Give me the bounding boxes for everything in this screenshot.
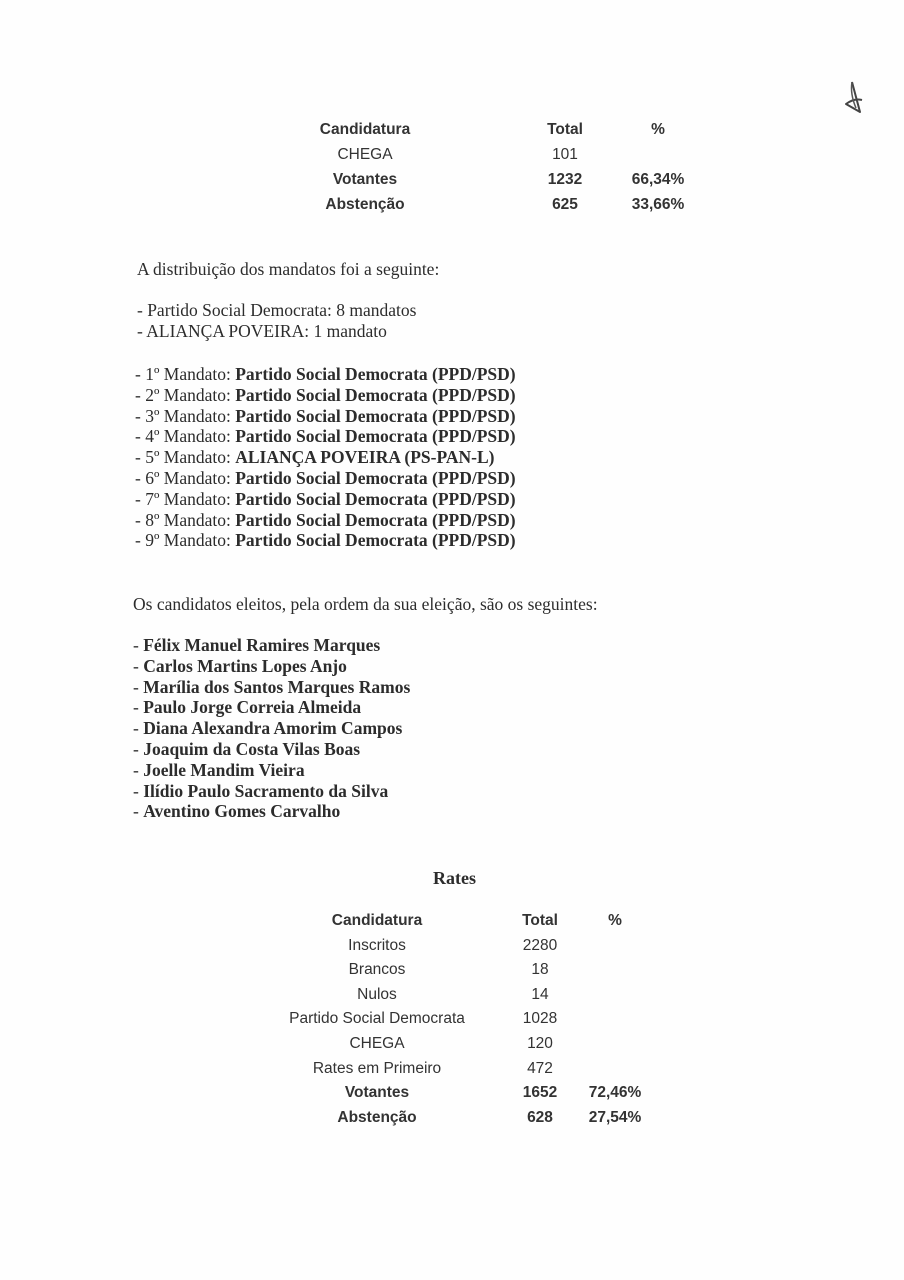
rates-section-title: Rates xyxy=(433,868,476,889)
mandate-item: - 1º Mandato: Partido Social Democrata (… xyxy=(135,364,516,385)
mandate-number: - 8º Mandato: xyxy=(135,510,235,530)
mandate-number: - 4º Mandato: xyxy=(135,426,235,446)
list-dash: - xyxy=(133,677,143,697)
cell-total: 101 xyxy=(525,143,605,167)
cell-percent: 66,34% xyxy=(618,168,698,192)
mandate-item: - 5º Mandato: ALIANÇA POVEIRA (PS-PAN-L) xyxy=(135,447,494,468)
cell-label: Votantes xyxy=(260,168,470,192)
candidate-name: Diana Alexandra Amorim Campos xyxy=(143,718,402,738)
table-row: CHEGA101 xyxy=(260,143,720,167)
elected-candidate: - Paulo Jorge Correia Almeida xyxy=(133,697,361,718)
table-row: Inscritos2280 xyxy=(272,934,692,958)
cell-label: Rates em Primeiro xyxy=(272,1057,482,1081)
cell-total: 2280 xyxy=(500,934,580,958)
mandate-item: - 6º Mandato: Partido Social Democrata (… xyxy=(135,468,516,489)
mandate-item: - 2º Mandato: Partido Social Democrata (… xyxy=(135,385,516,406)
cell-label: Abstenção xyxy=(260,193,470,217)
mandate-summary-item: - Partido Social Democrata: 8 mandatos xyxy=(137,300,416,321)
handwritten-initials-icon xyxy=(838,78,878,118)
elected-candidate: - Félix Manuel Ramires Marques xyxy=(133,635,380,656)
list-dash: - xyxy=(133,801,143,821)
mandate-number: - 9º Mandato: xyxy=(135,530,235,550)
table-row: Nulos14 xyxy=(272,983,692,1007)
elected-intro: Os candidatos eleitos, pela ordem da sua… xyxy=(133,594,598,615)
cell-total: 625 xyxy=(525,193,605,217)
column-header-percent: % xyxy=(575,909,655,933)
elected-candidate: - Joelle Mandim Vieira xyxy=(133,760,305,781)
candidate-name: Carlos Martins Lopes Anjo xyxy=(143,656,347,676)
cell-label: CHEGA xyxy=(272,1032,482,1056)
cell-total: 18 xyxy=(500,958,580,982)
cell-label: Abstenção xyxy=(272,1106,482,1130)
list-dash: - xyxy=(133,656,143,676)
mandate-party: Partido Social Democrata (PPD/PSD) xyxy=(235,426,515,446)
table-row: CHEGA120 xyxy=(272,1032,692,1056)
elected-candidate: - Diana Alexandra Amorim Campos xyxy=(133,718,402,739)
mandate-item: - 8º Mandato: Partido Social Democrata (… xyxy=(135,510,516,531)
table-row: Votantes165272,46% xyxy=(272,1081,692,1105)
list-dash: - xyxy=(133,781,143,801)
mandate-number: - 3º Mandato: xyxy=(135,406,235,426)
mandate-item: - 9º Mandato: Partido Social Democrata (… xyxy=(135,530,516,551)
candidate-name: Marília dos Santos Marques Ramos xyxy=(143,677,410,697)
cell-total: 628 xyxy=(500,1106,580,1130)
cell-label: Brancos xyxy=(272,958,482,982)
list-dash: - xyxy=(133,739,143,759)
cell-total: 1028 xyxy=(500,1007,580,1031)
cell-total: 472 xyxy=(500,1057,580,1081)
column-header-total: Total xyxy=(525,118,605,142)
mandate-party: Partido Social Democrata (PPD/PSD) xyxy=(235,530,515,550)
cell-label: Inscritos xyxy=(272,934,482,958)
list-dash: - xyxy=(133,760,143,780)
candidate-name: Paulo Jorge Correia Almeida xyxy=(143,697,361,717)
mandate-summary-item: - ALIANÇA POVEIRA: 1 mandato xyxy=(137,321,387,342)
elected-candidate: - Carlos Martins Lopes Anjo xyxy=(133,656,347,677)
table-row: Brancos18 xyxy=(272,958,692,982)
mandate-party: Partido Social Democrata (PPD/PSD) xyxy=(235,468,515,488)
cell-label: CHEGA xyxy=(260,143,470,167)
mandate-party: Partido Social Democrata (PPD/PSD) xyxy=(235,385,515,405)
cell-total: 14 xyxy=(500,983,580,1007)
table-row: Partido Social Democrata1028 xyxy=(272,1007,692,1031)
candidate-name: Ilídio Paulo Sacramento da Silva xyxy=(143,781,388,801)
mandate-number: - 5º Mandato: xyxy=(135,447,235,467)
elected-candidate: - Aventino Gomes Carvalho xyxy=(133,801,340,822)
elected-candidate: - Marília dos Santos Marques Ramos xyxy=(133,677,410,698)
mandate-item: - 4º Mandato: Partido Social Democrata (… xyxy=(135,426,516,447)
mandate-number: - 2º Mandato: xyxy=(135,385,235,405)
column-header-candidatura: Candidatura xyxy=(260,118,470,142)
table-row: Abstenção62827,54% xyxy=(272,1106,692,1130)
mandate-number: - 6º Mandato: xyxy=(135,468,235,488)
mandate-party: Partido Social Democrata (PPD/PSD) xyxy=(235,489,515,509)
mandate-party: Partido Social Democrata (PPD/PSD) xyxy=(235,406,515,426)
cell-percent: 27,54% xyxy=(575,1106,655,1130)
elected-candidate: - Ilídio Paulo Sacramento da Silva xyxy=(133,781,388,802)
distribution-intro: A distribuição dos mandatos foi a seguin… xyxy=(137,259,439,280)
table-row: Votantes123266,34% xyxy=(260,168,720,192)
mandate-party: ALIANÇA POVEIRA (PS-PAN-L) xyxy=(235,447,494,467)
cell-label: Votantes xyxy=(272,1081,482,1105)
elected-candidate: - Joaquim da Costa Vilas Boas xyxy=(133,739,360,760)
column-header-total: Total xyxy=(500,909,580,933)
cell-total: 1232 xyxy=(525,168,605,192)
column-header-percent: % xyxy=(618,118,698,142)
list-dash: - xyxy=(133,635,143,655)
cell-label: Nulos xyxy=(272,983,482,1007)
cell-percent: 72,46% xyxy=(575,1081,655,1105)
cell-percent: 33,66% xyxy=(618,193,698,217)
table-row: Abstenção62533,66% xyxy=(260,193,720,217)
list-dash: - xyxy=(133,697,143,717)
mandate-number: - 7º Mandato: xyxy=(135,489,235,509)
cell-total: 120 xyxy=(500,1032,580,1056)
table-row: Rates em Primeiro472 xyxy=(272,1057,692,1081)
candidate-name: Joelle Mandim Vieira xyxy=(143,760,304,780)
table-header: Candidatura Total % xyxy=(260,118,720,142)
candidate-name: Félix Manuel Ramires Marques xyxy=(143,635,380,655)
mandate-item: - 3º Mandato: Partido Social Democrata (… xyxy=(135,406,516,427)
document-page: Candidatura Total % CHEGA101Votantes1232… xyxy=(0,0,904,1280)
cell-total: 1652 xyxy=(500,1081,580,1105)
mandate-number: - 1º Mandato: xyxy=(135,364,235,384)
table-header: Candidatura Total % xyxy=(272,909,692,933)
column-header-candidatura: Candidatura xyxy=(272,909,482,933)
mandate-party: Partido Social Democrata (PPD/PSD) xyxy=(235,510,515,530)
candidate-name: Joaquim da Costa Vilas Boas xyxy=(143,739,360,759)
candidate-name: Aventino Gomes Carvalho xyxy=(143,801,340,821)
mandate-item: - 7º Mandato: Partido Social Democrata (… xyxy=(135,489,516,510)
list-dash: - xyxy=(133,718,143,738)
cell-label: Partido Social Democrata xyxy=(272,1007,482,1031)
mandate-party: Partido Social Democrata (PPD/PSD) xyxy=(235,364,515,384)
